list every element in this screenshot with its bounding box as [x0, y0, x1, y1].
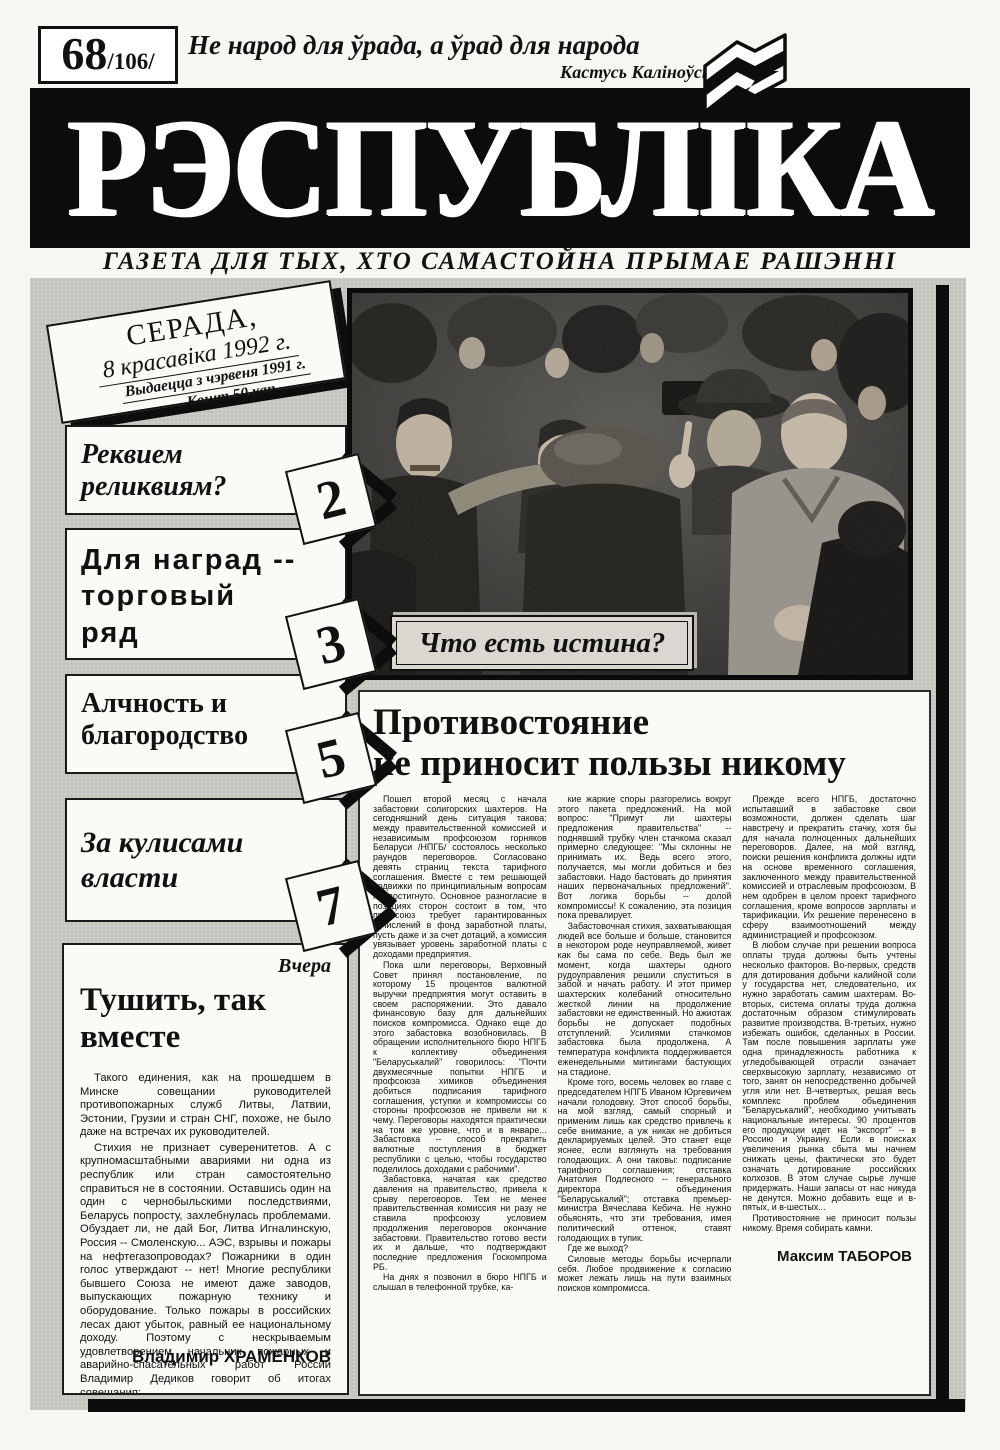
article-columns: Пошел второй месяц с начала забастовки с…	[373, 795, 916, 1395]
page-number-tag: 2	[287, 455, 379, 547]
issue-number-box: 68/106/	[38, 26, 178, 84]
main-article-title: Противостояние не приносит пользы никому	[373, 702, 916, 785]
main-article: Противостояние не приносит пользы никому…	[358, 690, 931, 1396]
paragraph: Противостояние не приносит пользы никому…	[742, 1214, 916, 1233]
right-rule	[936, 285, 949, 1412]
paragraph: кие жаркие споры разгорелись вокруг этог…	[558, 795, 732, 921]
teaser-requiem: Реквием реликвиям? 2	[65, 425, 347, 515]
teaser-awards: Для наград -- торговый ряд 3	[65, 528, 347, 660]
rubric-label: Вчера	[80, 955, 331, 978]
paragraph: Пока шли переговоры, Верховный Совет при…	[373, 961, 547, 1174]
photo-caption: Что есть истина?	[390, 615, 694, 671]
photo: Что есть истина?	[347, 288, 913, 680]
title-line-1: Противостояние	[373, 702, 649, 743]
paragraph: Забастовка, начатая как средство давлени…	[373, 1175, 547, 1272]
teaser-backstage: За кулисами власти 7	[65, 798, 347, 922]
bottom-rule	[88, 1399, 965, 1412]
left-article-title: Тушить, так вместе	[80, 982, 280, 1056]
paragraph: Такого единения, как на прошедшем в Минс…	[80, 1072, 331, 1140]
paragraph: На днях я позвонил в бюро НПГБ и слышал …	[373, 1273, 547, 1292]
page-number-tag: 3	[287, 600, 379, 692]
motto-author: Кастусь Каліноўскі	[420, 62, 716, 83]
paragraph: Кроме того, восемь человек во главе с пр…	[558, 1078, 732, 1243]
paragraph: Прежде всего НПГБ, достаточно испытавший…	[742, 795, 916, 941]
lightning-icon	[735, 54, 787, 97]
paragraph: Силовые методы борьбы исчерпали себя. Лю…	[558, 1255, 732, 1294]
issue-total: /106/	[107, 48, 154, 77]
left-article: Вчера Тушить, так вместе Такого единения…	[62, 943, 349, 1395]
article-column-2: кие жаркие споры разгорелись вокруг этог…	[558, 795, 732, 1395]
page-number-tag: 5	[287, 714, 379, 806]
masthead-title: РЭСПУБЛІКА	[63, 88, 937, 248]
paragraph: В любом случае при решении вопроса оплат…	[742, 941, 916, 1213]
paragraph: Забастовочная стихия, захватывающая люде…	[558, 922, 732, 1077]
article-column-3: Прежде всего НПГБ, достаточно испытавший…	[742, 795, 916, 1395]
left-article-author: Владимир ХРАМЕНКОВ	[132, 1347, 331, 1367]
main-article-author: Максим ТАБОРОВ	[742, 1248, 916, 1265]
page-number-tag: 7	[287, 862, 379, 954]
masthead: РЭСПУБЛІКА	[30, 88, 970, 248]
paragraph: Где же выход?	[558, 1244, 732, 1254]
issue-number: 68	[61, 31, 107, 77]
tagline: ГАЗЕТА ДЛЯ ТЫХ, ХТО САМАСТОЙНА ПРЫМАЕ РА…	[30, 248, 970, 276]
article-column-1: Пошел второй месяц с начала забастовки с…	[373, 795, 547, 1395]
newspaper-front-page: 68/106/ Не народ для ўрада, а ўрад для н…	[0, 0, 1000, 1450]
article-column-3-text: Прежде всего НПГБ, достаточно испытавший…	[742, 795, 916, 1234]
title-line-2: не приносит пользы никому	[373, 743, 846, 784]
motto-quote: Не народ для ўрада, а ўрад для народа	[188, 30, 708, 61]
paragraph: Пошел второй месяц с начала забастовки с…	[373, 795, 547, 960]
